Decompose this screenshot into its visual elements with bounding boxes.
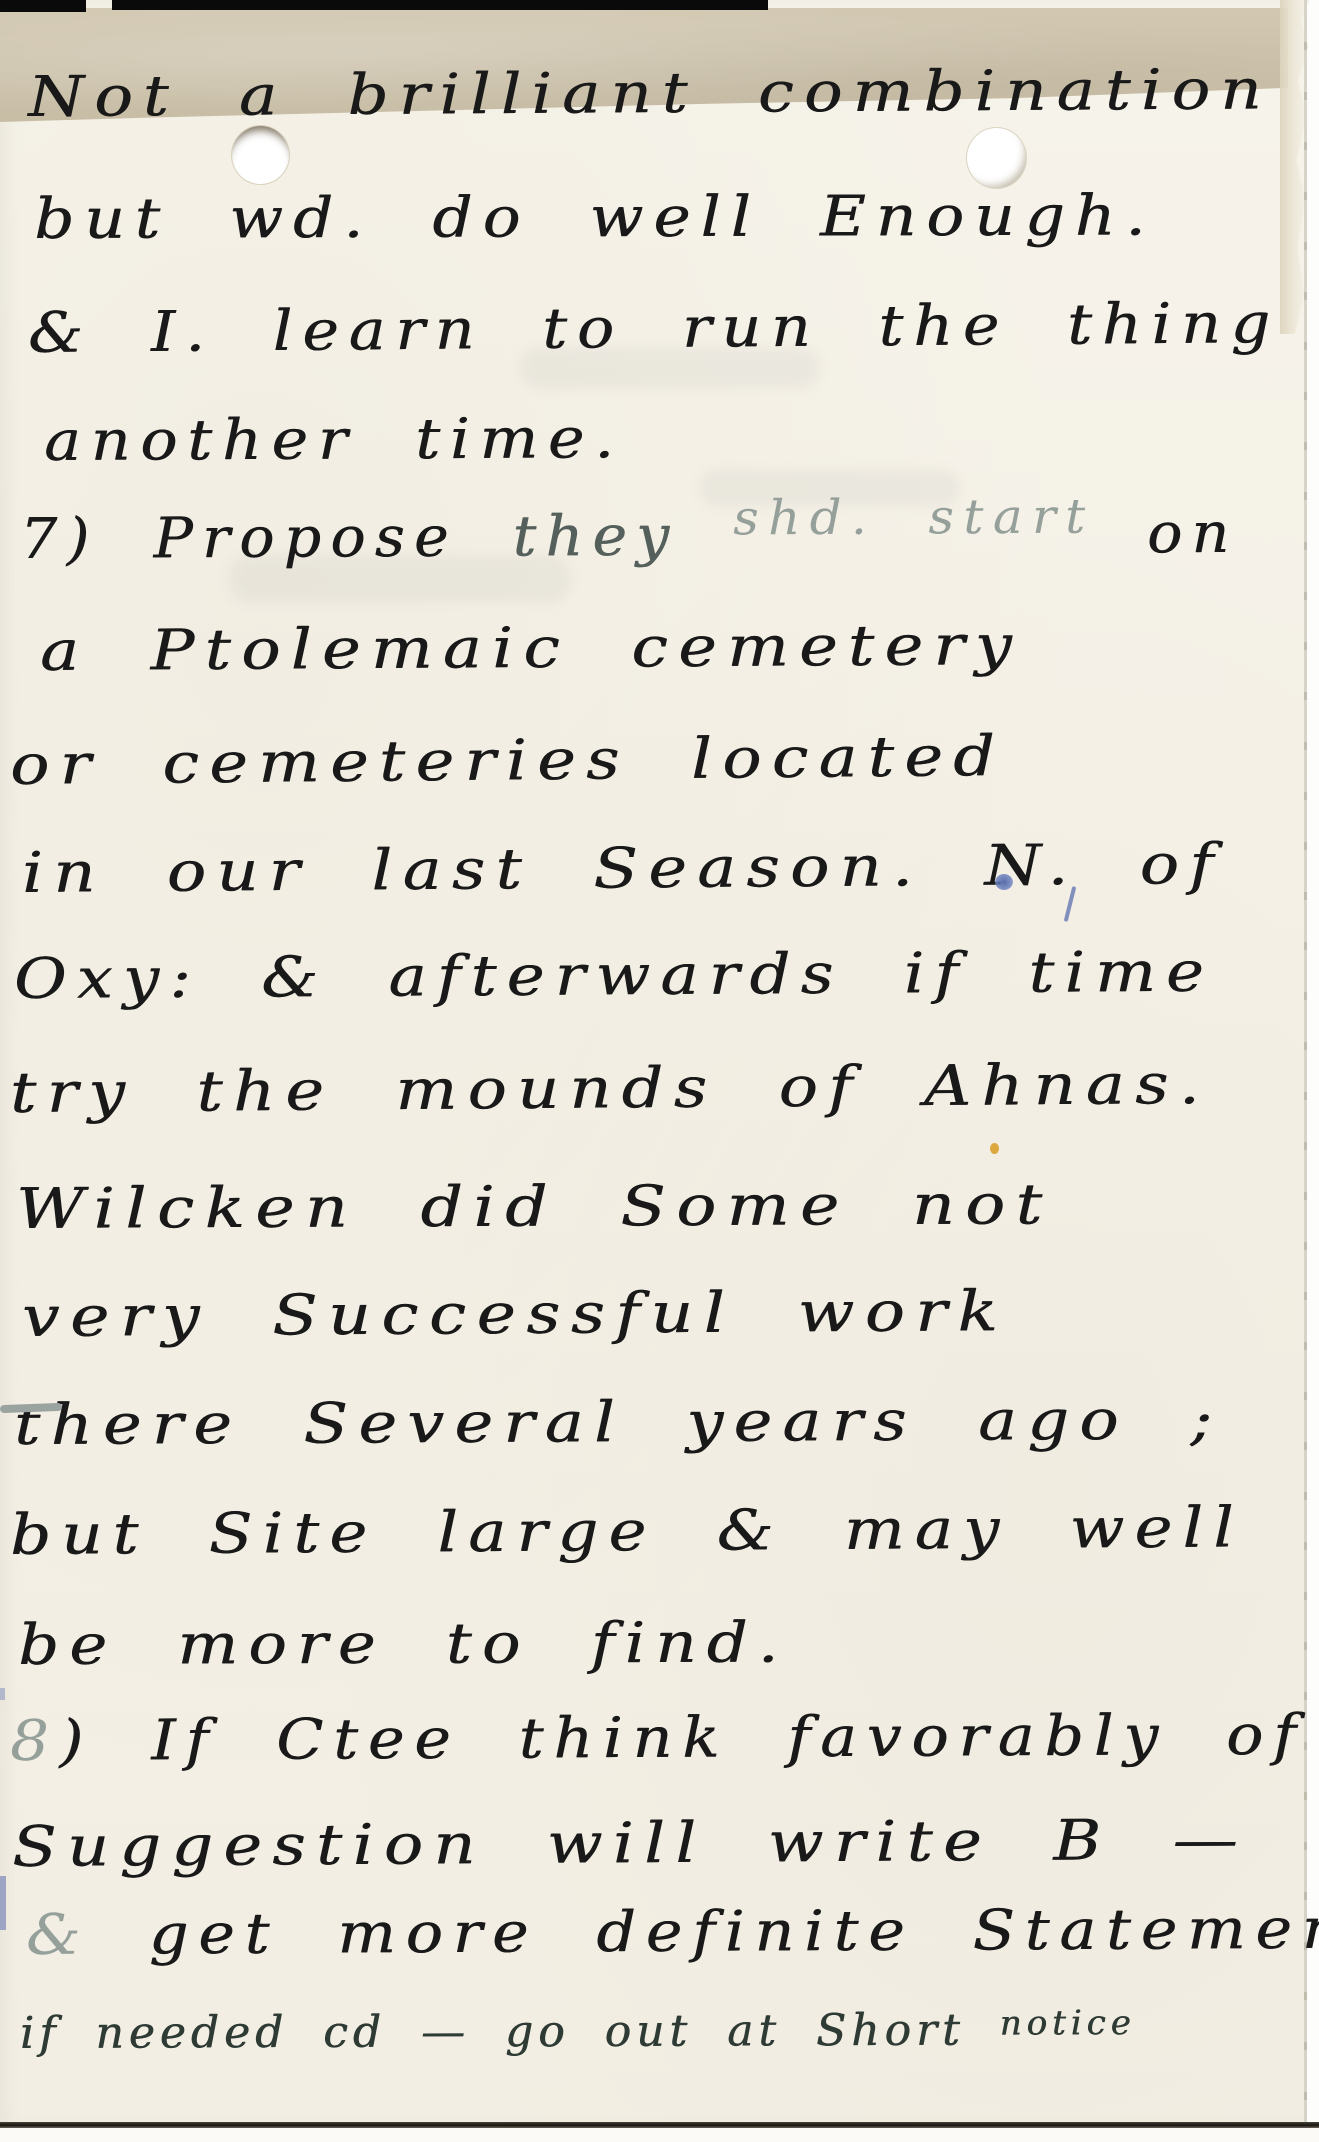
blue-edge-speck-mark bbox=[0, 1688, 5, 1700]
handwritten-line: very Successful work bbox=[22, 1284, 1008, 1346]
handwritten-line: Wilcken did Some not bbox=[16, 1177, 1053, 1238]
handwritten-line: in our last Season. N. of bbox=[22, 837, 1224, 902]
paper-right-edge bbox=[1304, 0, 1307, 2126]
line-segment: they bbox=[512, 503, 733, 569]
handwritten-line: but Site large & may well bbox=[10, 1500, 1244, 1564]
line-segment-pencil: 8 bbox=[10, 1709, 59, 1774]
line-segment: get more definite Statement bbox=[149, 1897, 1319, 1968]
handwritten-line: but wd. do well Enough. bbox=[34, 189, 1155, 248]
handwritten-line: Not a brilliant combination bbox=[28, 62, 1272, 126]
handwritten-line: be more to find. bbox=[18, 1616, 789, 1674]
handwritten-line: & I. learn to run the thing bbox=[28, 296, 1280, 362]
amber-fleck-mark bbox=[990, 1143, 999, 1154]
line-segment: notice bbox=[1000, 2003, 1136, 2043]
handwritten-line: if needed cd — go out at Short notice bbox=[20, 2008, 1136, 2056]
top-edge-strip bbox=[112, 0, 768, 10]
handwritten-line: 7) Propose they shd. start on bbox=[20, 506, 1239, 568]
handwritten-line: 8) If Ctee think favorably of bbox=[10, 1708, 1306, 1770]
handwritten-line: there Several years ago ; bbox=[14, 1393, 1223, 1454]
scanner-background bbox=[0, 2128, 1319, 2142]
handwritten-line: another time. bbox=[44, 411, 624, 470]
scanned-page: Not a brilliant combination but wd. do w… bbox=[0, 0, 1319, 2142]
handwritten-line: or cemeteries located bbox=[10, 729, 1006, 794]
line-segment: ) If Ctee think favorably of bbox=[59, 1703, 1306, 1774]
line-segment-pencil-insert: shd. start bbox=[733, 488, 1147, 546]
handwritten-line: Suggestion will write B — bbox=[12, 1813, 1248, 1876]
blue-ink-dot-mark bbox=[995, 874, 1013, 890]
line-segment-pencil: & bbox=[26, 1902, 149, 1968]
handwritten-line: & get more definite Statement bbox=[26, 1902, 1319, 1964]
top-edge-strip bbox=[0, 0, 86, 12]
line-segment: if needed cd — go out at Short bbox=[20, 2005, 1000, 2059]
line-segment: on bbox=[1147, 501, 1239, 566]
handwritten-line: Oxy: & afterwards if time bbox=[14, 945, 1214, 1008]
line-segment: 7) Propose bbox=[20, 505, 513, 572]
punch-hole-left bbox=[232, 126, 289, 184]
punch-hole-right bbox=[967, 128, 1026, 188]
handwritten-line: try the mounds of Ahnas. bbox=[10, 1057, 1210, 1122]
blue-edge-sliver-mark bbox=[0, 1876, 6, 1930]
handwritten-line: a Ptolemaic cemetery bbox=[40, 618, 1022, 680]
